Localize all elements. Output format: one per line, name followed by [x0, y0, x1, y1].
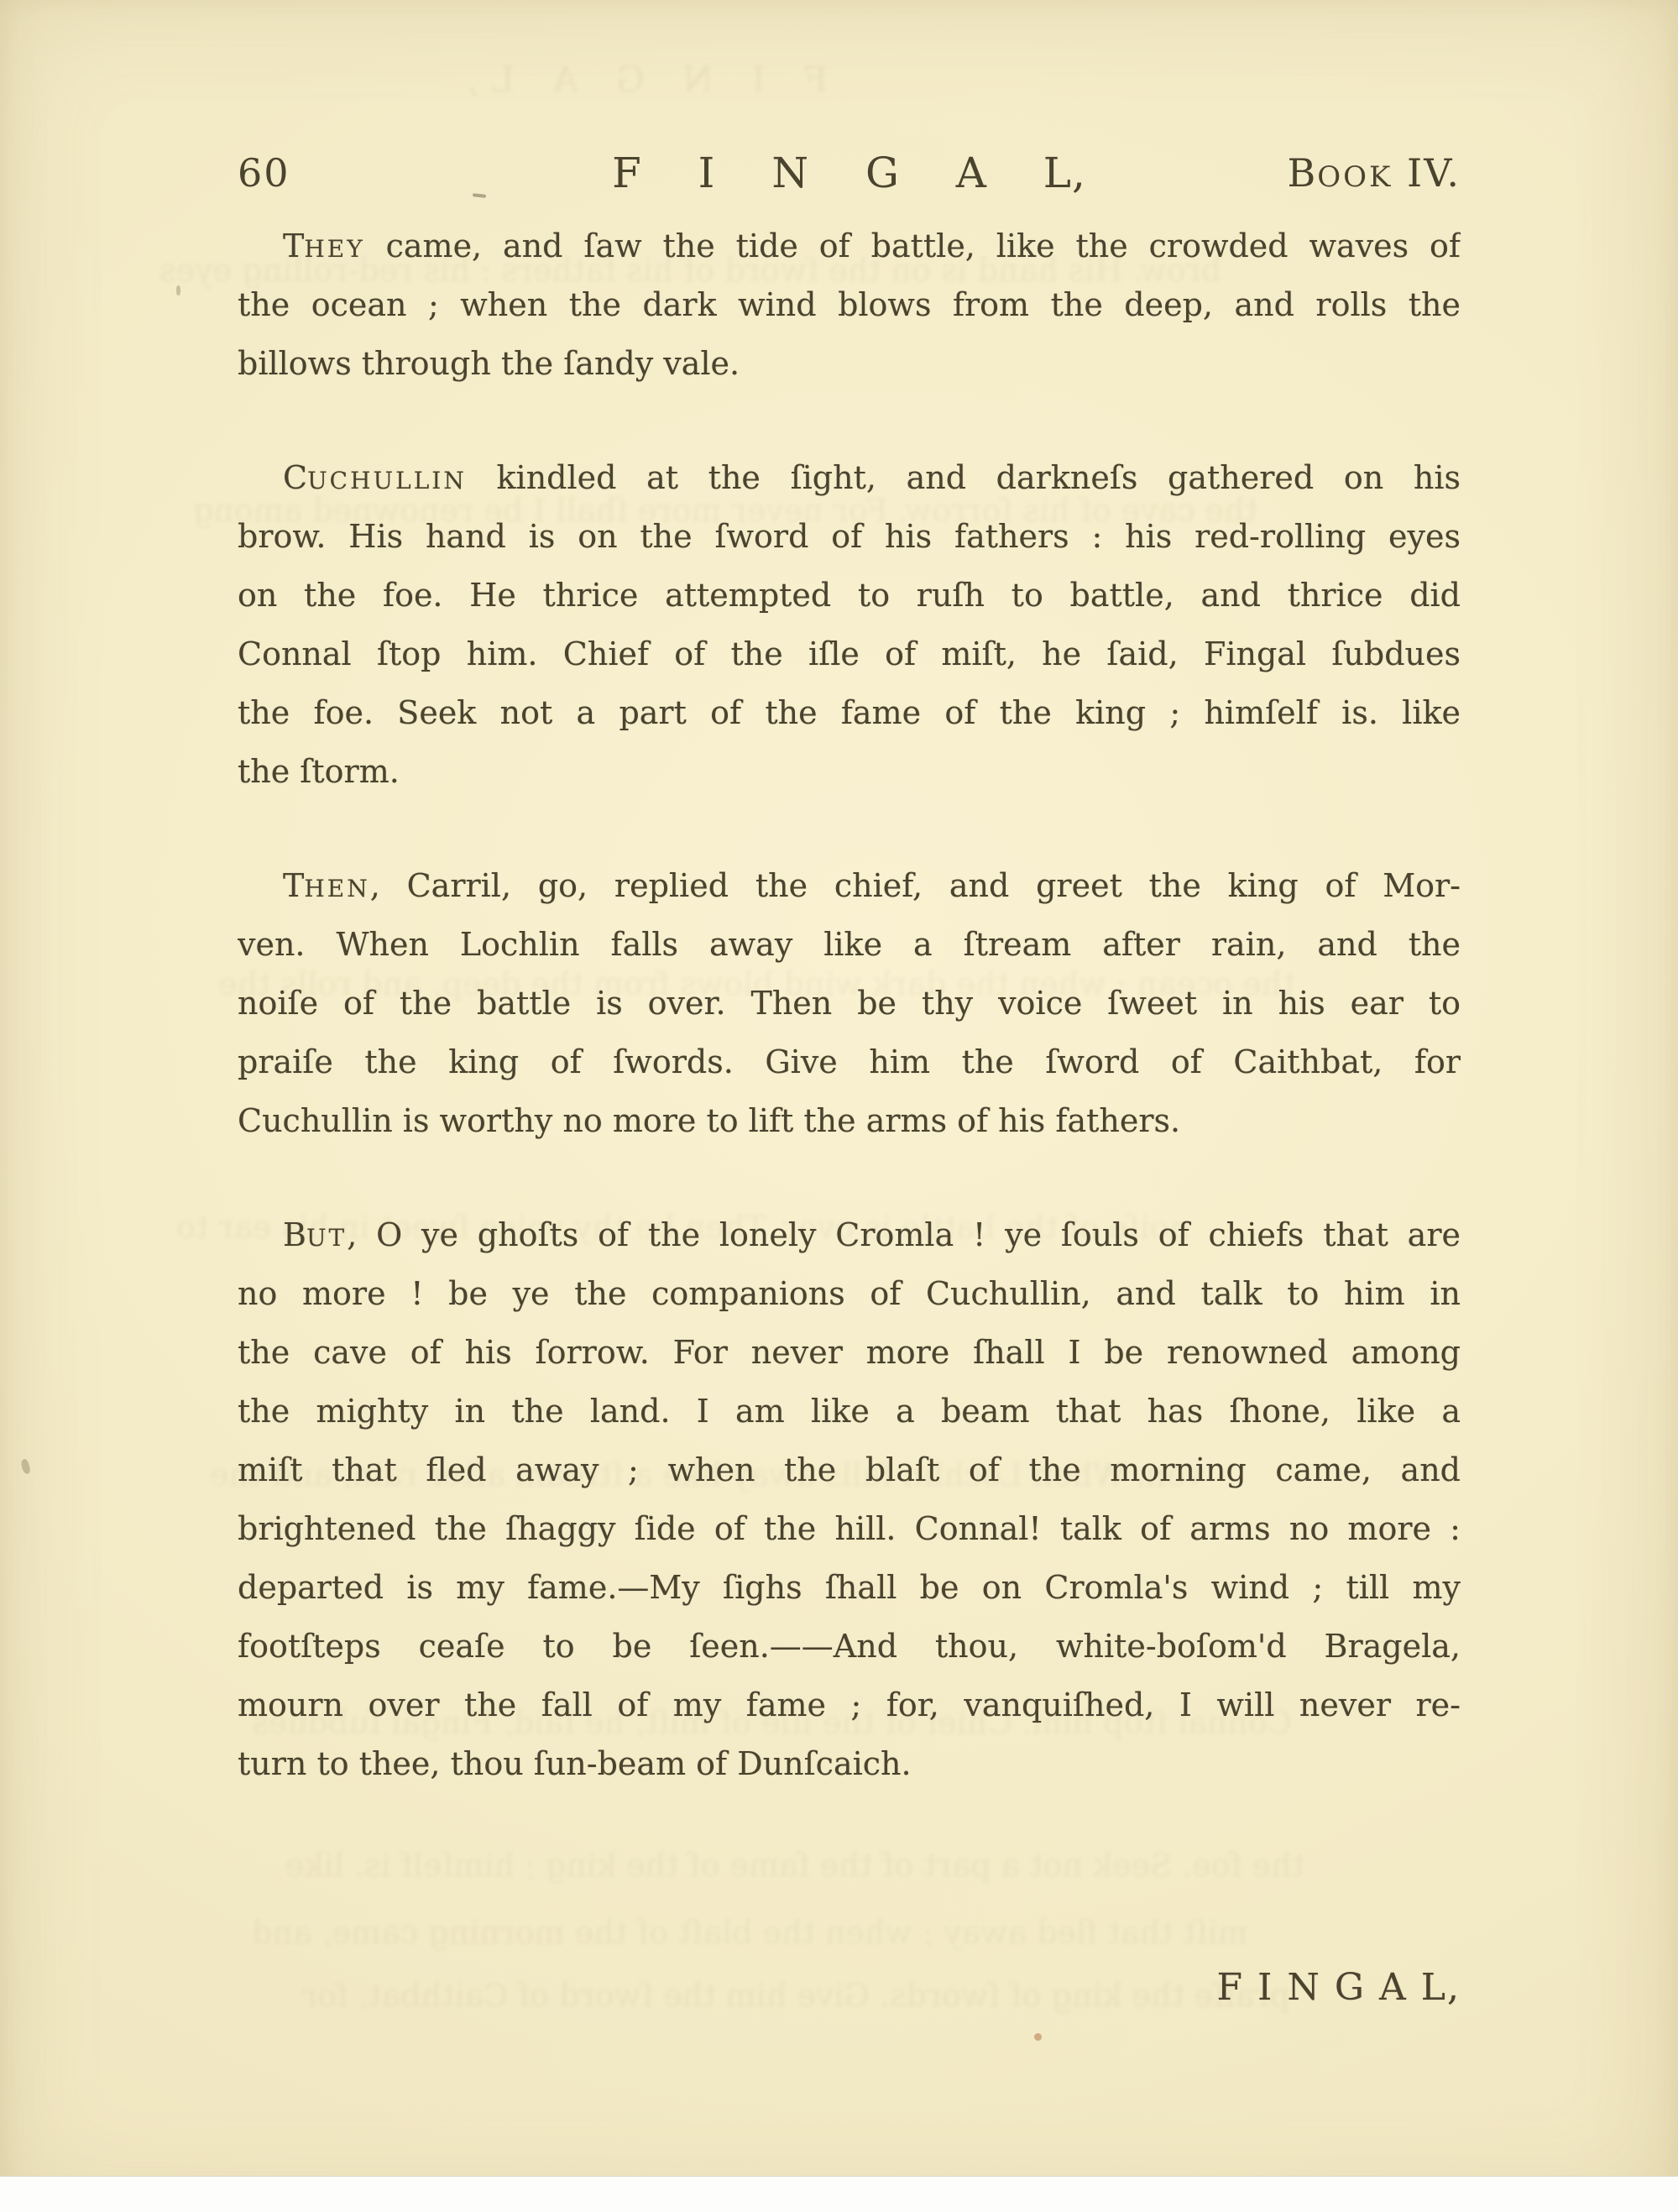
text-line: noiſe of the battle is over. Then be thy…: [238, 974, 1461, 1033]
text-line: the cave of his ſorrow. For never more ſ…: [238, 1323, 1461, 1382]
paragraph-3: THEN, Carril, go, replied the chief, and…: [238, 856, 1461, 1150]
text-line: mourn over the fall of my fame ; for, va…: [238, 1676, 1461, 1734]
page-header: 60 F I N G A L, BOOK IV.: [238, 149, 1461, 201]
text-line: miſt that fled away ; when the blaſt of …: [238, 1441, 1461, 1499]
text-line: brow. His hand is on the ſword of his fa…: [238, 507, 1461, 566]
drop-initial: C: [283, 459, 307, 496]
text-line: billows through the ſandy vale.: [238, 334, 1461, 393]
book-page: F I N G A L, brow. His hand is on the ſw…: [0, 0, 1678, 2212]
line-text: came, and ſaw the tide of battle, like t…: [365, 227, 1461, 264]
text-line: ven. When Lochlin falls away like a ſtre…: [238, 915, 1461, 974]
text-line: no more ! be ye the companions of Cuchul…: [238, 1264, 1461, 1323]
smallcaps-opening: UCHULLIN: [307, 467, 467, 494]
smallcaps-opening: HEN: [304, 875, 369, 902]
text-line: the ocean ; when the dark wind blows fro…: [238, 275, 1461, 334]
text-line: on the foe. He thrice attempted to ruſh …: [238, 566, 1461, 625]
text-line: departed is my fame.—My ſighs ſhall be o…: [238, 1558, 1461, 1617]
text-line: Connal ſtop him. Chief of the iſle of mi…: [238, 625, 1461, 683]
text-line: turn to thee, thou ſun-beam of Dunſcaich…: [238, 1734, 1461, 1793]
text-line: the ſtorm.: [238, 742, 1461, 801]
ink-smudge: [176, 285, 180, 295]
show-through-line: F I N G A L,: [453, 59, 828, 100]
catchword: F I N G A L,: [1217, 1966, 1461, 2010]
drop-initial: T: [283, 867, 304, 904]
smallcaps-opening: HEY: [304, 235, 364, 263]
line-text: kindled at the ſight, and darkneſs gathe…: [467, 459, 1461, 496]
foxing-spot: [1034, 2033, 1042, 2041]
text-line: the mighty in the land. I am like a beam…: [238, 1382, 1461, 1441]
text-block: THEY came, and ſaw the tide of battle, l…: [238, 217, 1461, 1793]
show-through-line: the foe. Seek not a part of the fame of …: [285, 1847, 1304, 1884]
paragraph-4: BUT, O ye ghoſts of the lonely Cromla ! …: [238, 1205, 1461, 1793]
smallcaps-opening: UT: [306, 1224, 347, 1252]
running-title: F I N G A L,: [238, 149, 1461, 196]
text-line: praiſe the king of ſwords. Give him the …: [238, 1033, 1461, 1091]
show-through-line: praiſe the king of ſwords. Give him the …: [302, 1977, 1290, 2014]
text-line: THEN, Carril, go, replied the chief, and…: [238, 856, 1461, 915]
paragraph-1: THEY came, and ſaw the tide of battle, l…: [238, 217, 1461, 393]
line-text: , O ye ghoſts of the lonely Cromla ! ye …: [347, 1216, 1461, 1253]
text-line: CUCHULLIN kindled at the ſight, and dark…: [238, 448, 1461, 507]
ink-smudge: [19, 1458, 31, 1475]
drop-initial: T: [283, 227, 304, 264]
drop-initial: B: [283, 1216, 306, 1253]
scan-edge: [0, 2176, 1678, 2212]
line-text: , Carril, go, replied the chief, and gre…: [370, 867, 1461, 904]
text-line: BUT, O ye ghoſts of the lonely Cromla ! …: [238, 1205, 1461, 1264]
text-line: Cuchullin is worthy no more to lift the …: [238, 1091, 1461, 1150]
show-through-line: miſt that fled away ; when the blaſt of …: [252, 1914, 1248, 1951]
text-line: THEY came, and ſaw the tide of battle, l…: [238, 217, 1461, 275]
text-line: footſteps ceaſe to be ſeen.——And thou, w…: [238, 1617, 1461, 1676]
text-line: the foe. Seek not a part of the fame of …: [238, 683, 1461, 742]
text-line: brightened the ſhaggy ſide of the hill. …: [238, 1499, 1461, 1558]
paragraph-2: CUCHULLIN kindled at the ſight, and dark…: [238, 448, 1461, 801]
